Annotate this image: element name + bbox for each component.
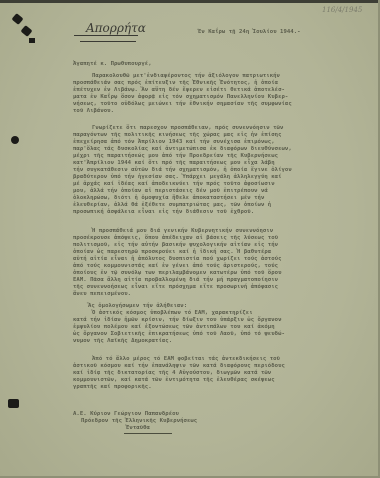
ink-blot-mark bbox=[20, 25, 32, 37]
text-line: ἄνευ πεπεισμένου. bbox=[73, 291, 131, 298]
text-line: πολιτισμοῦ, εἰς τήν αὐτήν βασικήν ψυχολο… bbox=[73, 242, 278, 249]
handwritten-underline bbox=[80, 41, 136, 42]
text-line: Ἄς ὁμολογήσωμεν τήν ἀλήθειαν: bbox=[88, 303, 187, 310]
text-line: ἐλευθερίαν, ἀλλά θά ἐξέθετε συμπατριώτας… bbox=[73, 202, 271, 209]
addressee-name: Α.Ε. Κύριον Γεώργιον Παπανδρέου bbox=[73, 411, 179, 418]
text-line: προσωπική ἀσφάλεια εἶναι εἰς τήν διάθεσι… bbox=[73, 209, 254, 216]
text-line: ἐμφυλίου πολέμου καί ἐξοντώσεως τῶν ἀντι… bbox=[73, 324, 275, 331]
text-line: κομμουνιστῶν, καί κατά τῶν ἐντιμότητα τῆ… bbox=[73, 377, 275, 384]
handwritten-underline bbox=[74, 35, 138, 36]
text-line: τήν συγκατάθεσιν αὐτῶν διά τήν σχηματισμ… bbox=[73, 167, 292, 174]
scanned-letter-page: 116/4/1945 Απορρήτα Έν Καΐρω τῇ 24η Ἰουλ… bbox=[0, 0, 380, 478]
text-line: ἐπεχείρησα ἀπό τόν Ἀπρίλιον 1943 καί τήν… bbox=[73, 139, 275, 146]
text-line: Ὁ ἀστικός κόσμος ὑποβλέπων τό ΕΑΜ, χαρακ… bbox=[92, 310, 253, 317]
text-line: παρ'ὅλας τάς δυσκολίας καί ἀντιμετώπισα … bbox=[73, 146, 292, 153]
text-line: ὁποίαν ὡς παρεστηρῶ προσκρούει καί ἡ ἰδι… bbox=[73, 249, 271, 256]
addressee-location: Ἐνταῦθα bbox=[126, 425, 150, 432]
text-line: τοῦ Λιβάνου. bbox=[73, 108, 114, 115]
text-line: ἀστικοῦ κόσμου καί τήν ἐπανάληψιν τῶν κα… bbox=[73, 363, 285, 370]
ink-blot-mark bbox=[11, 136, 19, 144]
salutation: Ἀγαπητέ κ. Πρωθυπουργέ, bbox=[73, 61, 152, 68]
text-line: ὁποίους ἐν τῷ συνόλῳ των περιλαμβάνομεν … bbox=[73, 270, 281, 277]
text-line: τῆς συνεννοήσεως εἶναι εἴτε πρόσχημα εἴτ… bbox=[73, 284, 278, 291]
text-line: παραγόντων τῆς πολιτικῆς κινήσεως τῆς χώ… bbox=[73, 132, 281, 139]
text-line: μέ ἀρχάς καί ἰδέας καί ἀποδεικνύει τήν π… bbox=[73, 181, 275, 188]
text-line: ἀπό τούς κομμουνιστάς καί ἐν γένει ἀπό τ… bbox=[73, 263, 278, 270]
handwritten-classification: Απορρήτα bbox=[86, 21, 146, 35]
ink-blot-mark bbox=[29, 38, 35, 43]
text-line: Ἡ προσπάθειά μου διά γενικήν Κυβερνητική… bbox=[92, 228, 273, 235]
text-line: αὐτή αἰτία εἶναι ἡ ἀπόλυτος δυσπιστία πο… bbox=[73, 256, 281, 263]
text-line: νυμον τῆς Λαϊκῆς Δημοκρατίας. bbox=[73, 338, 172, 345]
text-line: Γνωρίζετε ὅτι παρεσχον προσπάθειαν, πρός… bbox=[92, 125, 283, 132]
text-line: Παρακολουθῶ μετ'ἐνδιαφέροντος τήν ἀξιόλο… bbox=[92, 73, 280, 80]
text-line: νήσεως, τοῦτο οὐδόλως μειώνει τήν ἐθνική… bbox=[73, 101, 292, 108]
addressee-title: Πρόεδρον τῆς Ἑλληνικῆς Κυβερνήσεως bbox=[81, 418, 197, 425]
text-line: ἐπέτυχεν ἐν Λιβάνῳ. Ἄν αὕτη δέν ἔφερεν ε… bbox=[73, 87, 285, 94]
text-line: ματα ἐν Καΐρῳ ὅσον ἀφορᾷ εἰς τόν σχηματι… bbox=[73, 94, 288, 101]
text-line: μου, ἀλλά τήν ὁποίαν αἱ περιστάσεις δέν … bbox=[73, 188, 268, 195]
archive-number: 116/4/1945 bbox=[322, 6, 362, 14]
text-line: βραδύτερον ὑπό τήν ἡγεσίαν σας. Ὑπάρχει … bbox=[73, 174, 281, 181]
text-line: προσπάθειάν σας πρός ἐπίτευξιν τῆς Ἐθνικ… bbox=[73, 80, 278, 87]
text-line: κατά τήν ἰδίαν ἡμῶν κρίσιν, τήν δίωξιν τ… bbox=[73, 317, 281, 324]
text-line: Ἀπό τό ἄλλο μέρος τό ΕΑΜ φοβεῖται τάς ἀν… bbox=[92, 356, 280, 363]
text-line: μέχρι τῆς παραιτήσεώς μου ἀπό τήν Προεδρ… bbox=[73, 153, 278, 160]
text-line: καί ἰδίᾳ τῆς δικτατορίας τῆς 4 Αὐγούστου… bbox=[73, 370, 271, 377]
text-line: ΕΑΜ. Πᾶσα ἄλλη αἰτία προβαλλομένη διά τή… bbox=[73, 277, 278, 284]
text-line: προσέκρουσε ἀπόψεις, ὅπου ἀπέδειχαν αἱ β… bbox=[73, 235, 278, 242]
text-line: ὁλοκληρώσω, διότι ἡ ὁμοψυχία ἤθελε ἀποκα… bbox=[73, 195, 264, 202]
text-line: γραπτῆς καί προφορικῆς. bbox=[73, 384, 152, 391]
text-line: κατ'Ἀπρίλιον 1944 καί ὅτι πρό τῆς παραιτ… bbox=[73, 160, 275, 167]
location-underline bbox=[124, 433, 172, 434]
ink-blot-mark bbox=[8, 399, 19, 408]
text-line: ὡς ὄργανον Σοβιετικῆς ἐπικρατήσεως ὑπό τ… bbox=[73, 331, 285, 338]
date-line: Έν Καΐρω τῇ 24η Ἰουλίου 1944.- bbox=[198, 29, 301, 36]
scan-top-edge bbox=[0, 0, 380, 3]
ink-blot-mark bbox=[11, 13, 23, 25]
